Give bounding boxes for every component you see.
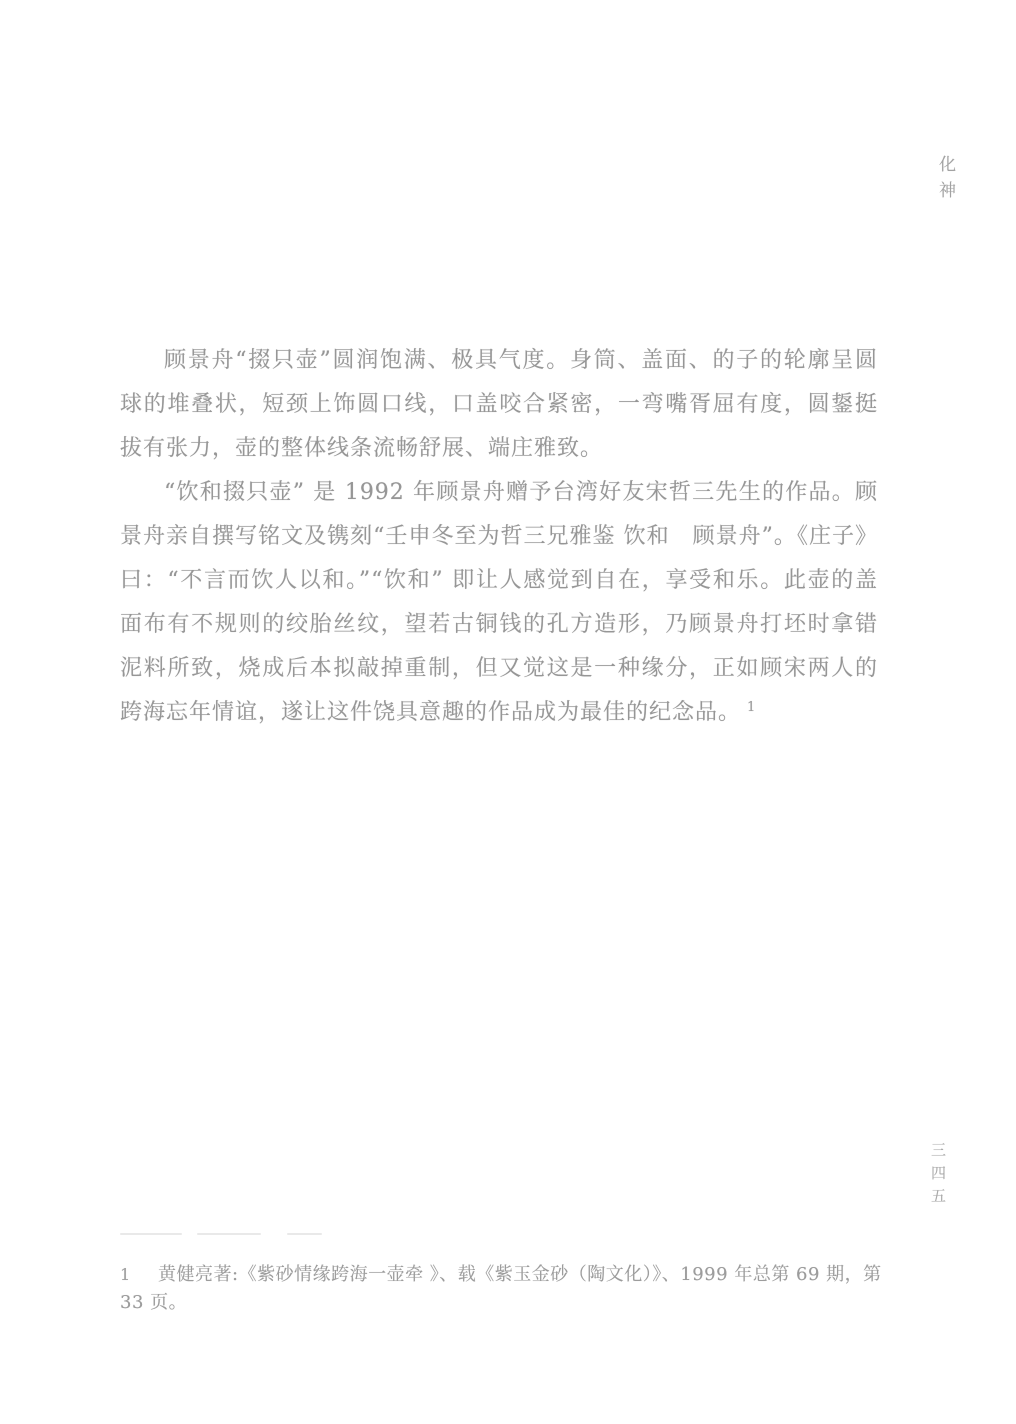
separator-dash xyxy=(120,1233,182,1235)
book-page: 化神 顾景舟“掇只壶”圆润饱满、极具气度。身筒、盖面、的子的轮廓呈圆球的堆叠状，… xyxy=(0,0,1016,1424)
footnote-marker: 1 xyxy=(120,1261,158,1289)
footnote: 1黄健亮著:《紫砂情缘跨海一壶牵 》、载《紫玉金砂（陶文化）》、1999 年总第… xyxy=(120,1261,900,1317)
footnote-separator xyxy=(120,1233,380,1235)
separator-dash xyxy=(287,1233,322,1235)
paragraph-1: 顾景舟“掇只壶”圆润饱满、极具气度。身筒、盖面、的子的轮廓呈圆球的堆叠状，短颈上… xyxy=(120,339,878,471)
paragraph-2: “饮和掇只壶” 是 1992 年顾景舟赠予台湾好友宋哲三先生的作品。顾景舟亲自撰… xyxy=(120,471,878,735)
paragraph-2-text: “饮和掇只壶” 是 1992 年顾景舟赠予台湾好友宋哲三先生的作品。顾景舟亲自撰… xyxy=(120,480,878,725)
body-text-block: 顾景舟“掇只壶”圆润饱满、极具气度。身筒、盖面、的子的轮廓呈圆球的堆叠状，短颈上… xyxy=(120,339,878,735)
footnote-text: 黄健亮著:《紫砂情缘跨海一壶牵 》、载《紫玉金砂（陶文化）》、1999 年总第 … xyxy=(120,1264,882,1313)
footnote-reference-superscript: 1 xyxy=(747,700,756,715)
paragraph-1-text: 顾景舟“掇只壶”圆润饱满、极具气度。身筒、盖面、的子的轮廓呈圆球的堆叠状，短颈上… xyxy=(120,348,878,461)
separator-dash xyxy=(197,1233,261,1235)
page-number-vertical: 三四五 xyxy=(928,1142,949,1211)
running-head-vertical: 化神 xyxy=(933,155,958,207)
